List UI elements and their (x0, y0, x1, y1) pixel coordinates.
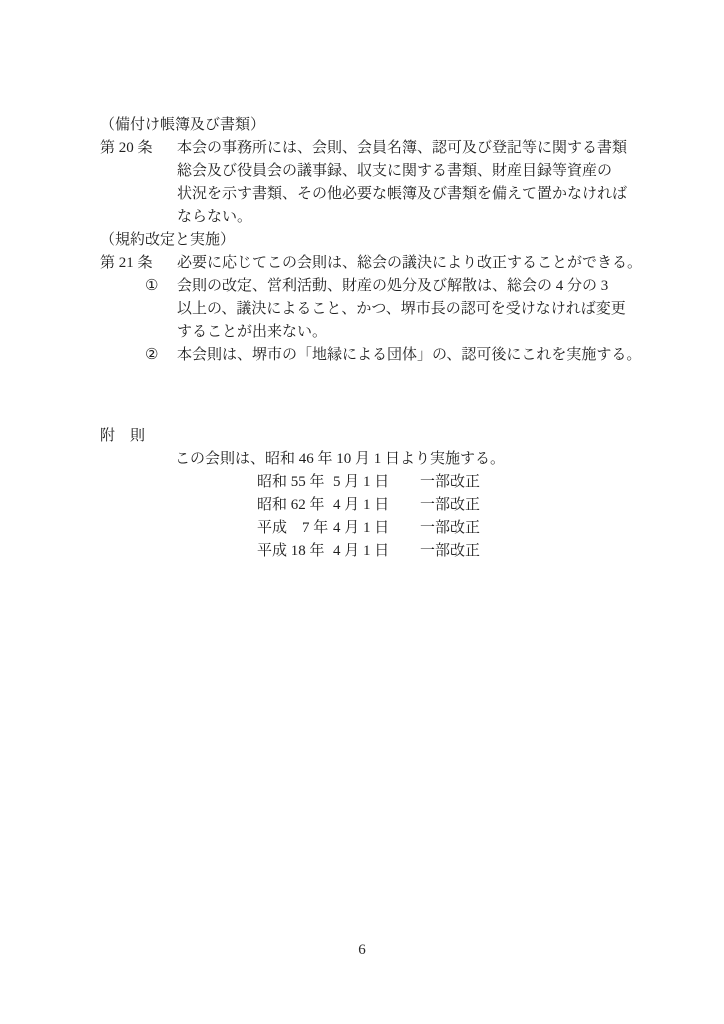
amendment-month-day: 4 月 1 日 (333, 494, 420, 517)
article-20-line: 本会の事務所には、会則、会員名簿、認可及び登記等に関する書類 (177, 137, 666, 160)
article-20-line: ならない。 (177, 206, 666, 229)
clause-line: 会則の改定、営利活動、財産の処分及び解散は、総会の 4 分の 3 (177, 275, 666, 298)
amendment-row: 平成 18 年 4 月 1 日 一部改正 (257, 540, 666, 563)
article-21-body: 必要に応じてこの会則は、総会の議決により改正することができる。 (177, 252, 666, 275)
article-21-item-1: ① 会則の改定、営利活動、財産の処分及び解散は、総会の 4 分の 3 以上の、議… (100, 275, 666, 344)
amendment-month-day: 5 月 1 日 (333, 471, 420, 494)
amendment-note: 一部改正 (420, 494, 480, 517)
section-heading-amendment: （規約改定と実施） (100, 229, 666, 252)
section-heading-records: （備付け帳簿及び書類） (100, 114, 666, 137)
amendment-row: 昭和 55 年 5 月 1 日 一部改正 (257, 471, 666, 494)
document-content: （備付け帳簿及び書類） 第 20 条 本会の事務所には、会則、会員名簿、認可及び… (0, 0, 724, 563)
amendment-note: 一部改正 (420, 517, 480, 540)
article-20: 第 20 条 本会の事務所には、会則、会員名簿、認可及び登記等に関する書類 総会… (100, 137, 666, 229)
circled-number-2: ② (145, 344, 177, 367)
amendment-era-year: 昭和 55 年 (257, 471, 333, 494)
article-20-line: 状況を示す書類、その他必要な帳簿及び書類を備えて置かなければ (177, 183, 666, 206)
amendment-row: 平成 7 年 4 月 1 日 一部改正 (257, 517, 666, 540)
article-21-line: 必要に応じてこの会則は、総会の議決により改正することができる。 (177, 252, 666, 275)
article-20-label: 第 20 条 (100, 137, 177, 160)
amendment-history: 昭和 55 年 5 月 1 日 一部改正 昭和 62 年 4 月 1 日 一部改… (257, 471, 666, 563)
article-21-item-2: ② 本会則は、堺市の「地縁による団体」の、認可後にこれを実施する。 (100, 344, 666, 367)
article-21-item-1-body: 会則の改定、営利活動、財産の処分及び解散は、総会の 4 分の 3 以上の、議決に… (177, 275, 666, 344)
supplement-title: 附 則 (100, 425, 666, 448)
article-20-body: 本会の事務所には、会則、会員名簿、認可及び登記等に関する書類 総会及び役員会の議… (177, 137, 666, 229)
article-21-item-2-body: 本会則は、堺市の「地縁による団体」の、認可後にこれを実施する。 (177, 344, 666, 367)
amendment-note: 一部改正 (420, 471, 480, 494)
clause-line: 本会則は、堺市の「地縁による団体」の、認可後にこれを実施する。 (177, 344, 666, 367)
amendment-era-year: 平成 7 年 (257, 517, 333, 540)
amendment-note: 一部改正 (420, 540, 480, 563)
article-21: 第 21 条 必要に応じてこの会則は、総会の議決により改正することができる。 (100, 252, 666, 275)
amendment-era-year: 昭和 62 年 (257, 494, 333, 517)
supplementary-provisions: 附 則 この会則は、昭和 46 年 10 月 1 日より実施する。 昭和 55 … (100, 425, 666, 563)
clause-line: することが出来ない。 (177, 321, 666, 344)
supplement-intro: この会則は、昭和 46 年 10 月 1 日より実施する。 (175, 448, 666, 471)
amendment-row: 昭和 62 年 4 月 1 日 一部改正 (257, 494, 666, 517)
amendment-month-day: 4 月 1 日 (333, 517, 420, 540)
circled-number-1: ① (145, 275, 177, 298)
article-20-line: 総会及び役員会の議事録、収支に関する書類、財産目録等資産の (177, 160, 666, 183)
document-page: （備付け帳簿及び書類） 第 20 条 本会の事務所には、会則、会員名簿、認可及び… (0, 0, 724, 1024)
page-number: 6 (0, 939, 724, 962)
amendment-month-day: 4 月 1 日 (333, 540, 420, 563)
article-21-label: 第 21 条 (100, 252, 177, 275)
amendment-era-year: 平成 18 年 (257, 540, 333, 563)
clause-line: 以上の、議決によること、かつ、堺市長の認可を受けなければ変更 (177, 298, 666, 321)
